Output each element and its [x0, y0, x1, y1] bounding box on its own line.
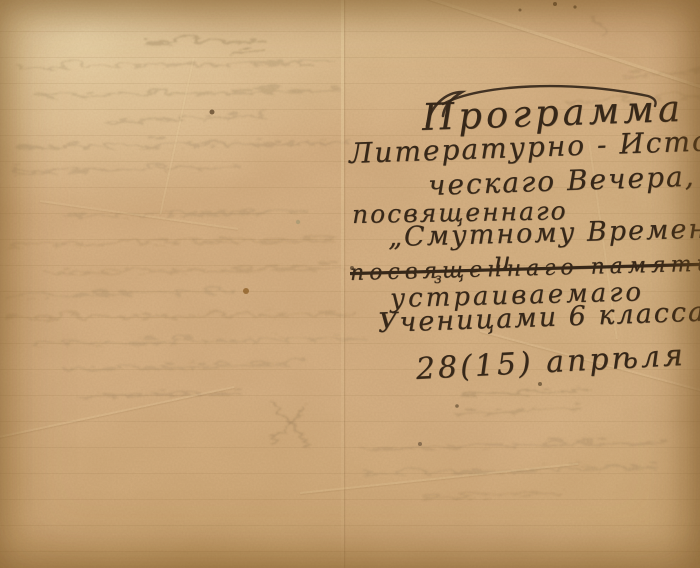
handwritten-text-block: Программа Литературно - Истори- ческаго … [0, 0, 700, 568]
date-line: 28(15) апрѣля [415, 338, 687, 387]
manuscript-page: Программа Литературно - Истори- ческаго … [0, 0, 700, 568]
